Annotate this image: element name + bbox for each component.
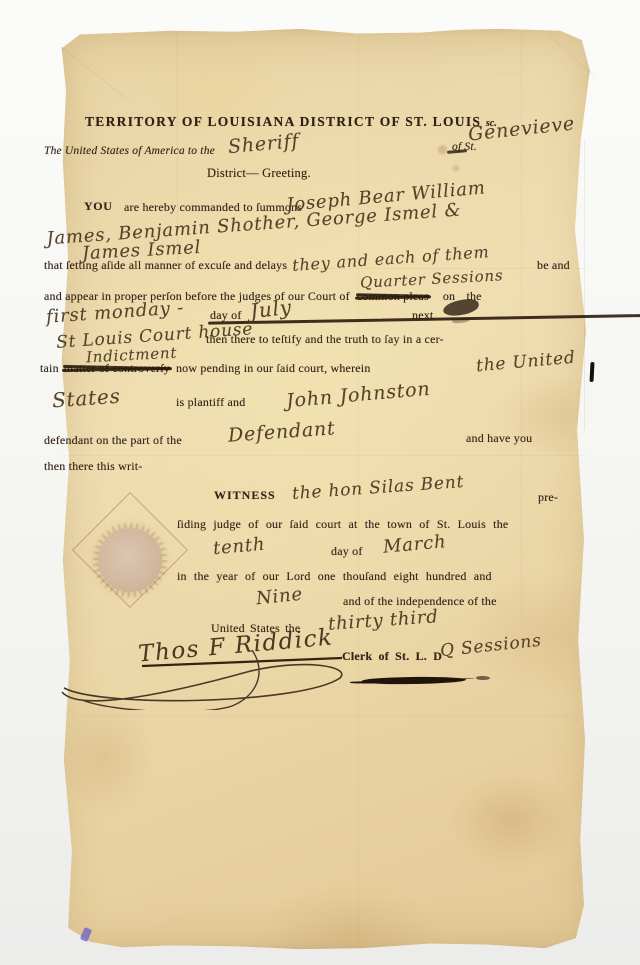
presiding-line: ſiding judge of our ſaid court at the to…: [177, 517, 508, 532]
struck-common-pleas: common pleas: [357, 289, 429, 303]
edge-ink-mark: [589, 362, 594, 382]
witness-word: WITNESS: [214, 488, 276, 503]
plaintiff-line: is plantiff and: [176, 395, 245, 410]
setting-aside-line: that ſetting aſide all manner of excuſe …: [44, 258, 287, 273]
handwritten-july: July: [249, 295, 293, 323]
tear-edge-line: [584, 140, 585, 430]
document-title: TERRITORY OF LOUISIANA DISTRICT OF ST. L…: [85, 114, 497, 130]
title-text: TERRITORY OF LOUISIANA DISTRICT OF ST. L…: [85, 114, 481, 129]
be-and: be and: [537, 258, 570, 273]
seal-wafer: [98, 528, 162, 592]
writ-line: then there this writ-: [44, 459, 143, 474]
scanned-document-page: { "document_type": "court summons writ, …: [0, 0, 640, 965]
defendant-line: defendant on the part of the: [44, 433, 182, 448]
pending-line: tainmatter of controverſynow pending in …: [40, 361, 371, 376]
day-of-label: day of: [331, 544, 363, 559]
testify-line: then there to teſtify and the truth to ſ…: [206, 332, 444, 347]
next-word: next: [412, 308, 433, 323]
handwritten-states: States: [51, 384, 121, 413]
pre-syllable: pre-: [538, 490, 558, 505]
embossed-paper-seal: [72, 496, 187, 611]
you-word: YOU: [84, 199, 112, 214]
tain-word: tain: [40, 361, 59, 375]
appear-text: and appear in proper perſon before the j…: [44, 289, 350, 303]
of-st-label: of St.: [452, 141, 477, 153]
signature-flourish: [52, 648, 362, 710]
have-you: and have you: [466, 431, 532, 446]
greeting-line: District— Greeting.: [207, 166, 311, 181]
year-line: in the year of our Lord one thouſand eig…: [177, 569, 492, 584]
struck-matter-of-controversy: matter of controverſy: [64, 361, 170, 375]
ink-blot: [476, 676, 490, 680]
pending-text: now pending in our ſaid court, wherein: [176, 361, 371, 375]
address-line: The United States of America to the: [44, 145, 215, 157]
